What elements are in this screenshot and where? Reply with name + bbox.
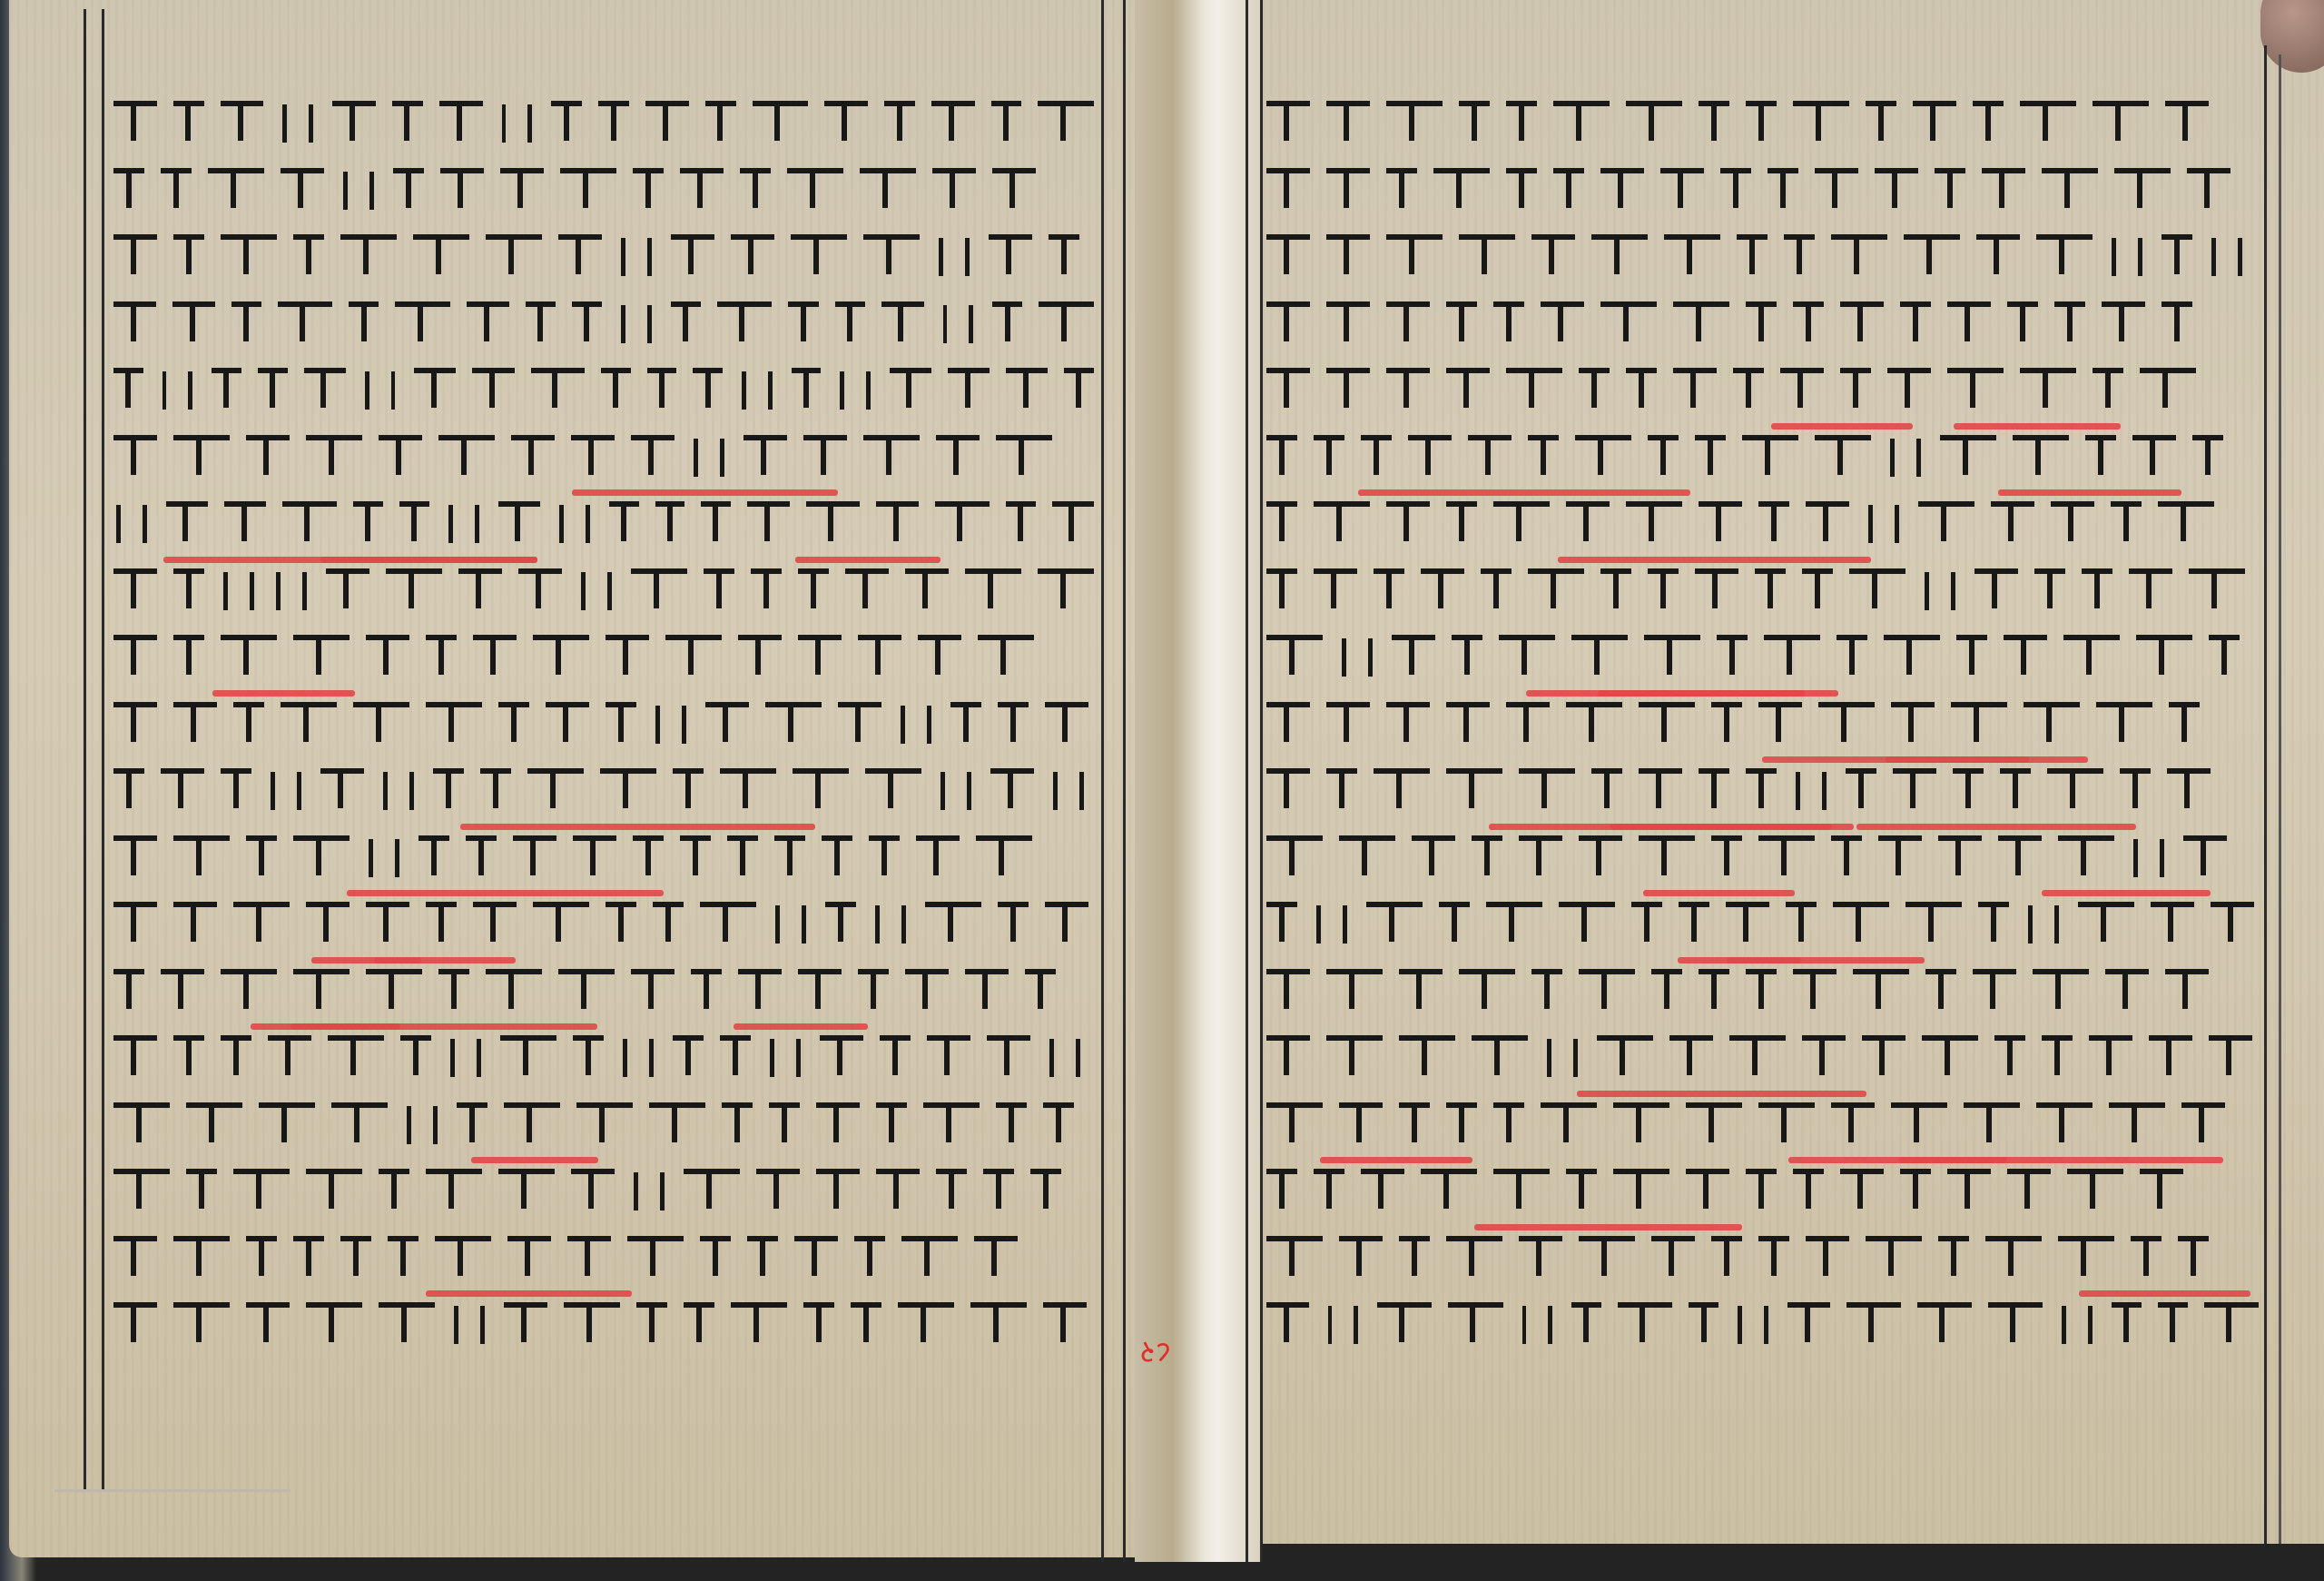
script-glyph xyxy=(1787,1302,1830,1348)
script-glyph xyxy=(486,234,542,280)
script-glyph xyxy=(845,568,889,614)
script-glyph xyxy=(631,435,675,480)
danda-mark xyxy=(621,305,625,343)
script-glyph xyxy=(1266,234,1310,280)
danda-mark xyxy=(1951,572,1955,610)
script-glyph xyxy=(1392,635,1435,680)
script-glyph xyxy=(231,301,261,347)
script-glyph xyxy=(717,301,772,347)
script-glyph xyxy=(457,1102,487,1148)
script-line xyxy=(1266,367,2259,414)
script-glyph xyxy=(1644,635,1700,680)
script-glyph xyxy=(513,835,556,881)
script-glyph xyxy=(747,1236,778,1281)
script-glyph xyxy=(1862,1035,1905,1081)
danda-mark xyxy=(391,371,396,410)
script-glyph xyxy=(824,101,868,146)
script-glyph xyxy=(1266,969,1310,1014)
danda-mark xyxy=(395,839,399,877)
rubric-underline xyxy=(163,557,537,563)
script-glyph xyxy=(1618,1302,1672,1348)
script-glyph xyxy=(224,501,266,547)
script-glyph xyxy=(884,101,915,146)
script-glyph xyxy=(2034,568,2065,614)
script-glyph xyxy=(1711,702,1742,747)
script-glyph xyxy=(173,568,204,614)
script-glyph xyxy=(1519,1236,1562,1281)
script-glyph xyxy=(1575,435,1631,480)
script-glyph xyxy=(1412,835,1455,881)
script-glyph xyxy=(965,969,1009,1014)
script-line xyxy=(1266,767,2259,815)
script-glyph xyxy=(1052,501,1094,547)
script-glyph xyxy=(526,301,556,347)
script-glyph xyxy=(1737,234,1768,280)
script-glyph xyxy=(1006,501,1036,547)
script-glyph xyxy=(1651,1236,1695,1281)
script-glyph xyxy=(304,368,346,413)
script-glyph xyxy=(1711,835,1742,881)
script-glyph xyxy=(113,635,157,680)
script-line xyxy=(113,835,1094,882)
script-glyph xyxy=(1849,568,1905,614)
script-glyph xyxy=(1974,568,2018,614)
danda-mark xyxy=(1343,905,1347,944)
script-glyph xyxy=(1314,435,1344,480)
script-glyph xyxy=(1468,435,1512,480)
script-glyph xyxy=(1043,1302,1087,1348)
script-glyph xyxy=(647,368,677,413)
script-glyph xyxy=(1571,635,1628,680)
rubric-underline xyxy=(734,1023,869,1030)
danda-mark xyxy=(407,1106,411,1144)
script-line xyxy=(1266,701,2259,748)
script-glyph xyxy=(1837,635,1867,680)
script-glyph xyxy=(787,168,843,213)
script-glyph xyxy=(671,301,701,347)
script-glyph xyxy=(2211,902,2254,947)
danda-mark xyxy=(188,371,192,410)
rubric-underline xyxy=(1856,824,2135,830)
script-line xyxy=(1266,1168,2259,1215)
danda-mark xyxy=(1764,1306,1768,1344)
script-glyph xyxy=(1579,969,1635,1014)
danda-mark xyxy=(343,172,348,210)
script-glyph xyxy=(473,902,517,947)
script-glyph xyxy=(173,635,204,680)
script-glyph xyxy=(2047,768,2103,814)
danda-mark xyxy=(559,505,564,543)
script-glyph xyxy=(2129,568,2172,614)
script-glyph xyxy=(393,168,424,213)
script-glyph xyxy=(113,168,144,213)
script-glyph xyxy=(2036,234,2093,280)
script-glyph xyxy=(1964,1102,2020,1148)
danda-mark xyxy=(901,905,906,944)
script-glyph xyxy=(1528,568,1584,614)
danda-mark xyxy=(634,1172,638,1210)
script-glyph xyxy=(2063,635,2120,680)
script-glyph xyxy=(533,902,589,947)
script-glyph xyxy=(278,301,332,347)
script-line xyxy=(113,233,1094,281)
script-glyph xyxy=(1711,1236,1742,1281)
left-page-inner-rule xyxy=(1123,0,1126,1562)
script-glyph xyxy=(435,1236,491,1281)
script-glyph xyxy=(970,1302,1027,1348)
script-glyph xyxy=(2165,101,2209,146)
script-glyph xyxy=(166,501,208,547)
danda-mark xyxy=(1738,1306,1742,1344)
script-glyph xyxy=(2058,1236,2114,1281)
script-glyph xyxy=(1639,702,1695,747)
script-glyph xyxy=(221,101,264,146)
script-glyph xyxy=(1925,969,1956,1014)
script-glyph xyxy=(822,835,852,881)
script-glyph xyxy=(113,234,157,280)
script-glyph xyxy=(1531,969,1562,1014)
script-glyph xyxy=(1746,101,1777,146)
script-glyph xyxy=(2149,1035,2192,1081)
script-glyph xyxy=(1917,1302,1972,1348)
script-glyph xyxy=(722,1102,753,1148)
script-glyph xyxy=(573,1035,604,1081)
danda-mark xyxy=(607,572,612,610)
script-line xyxy=(113,701,1094,748)
script-line xyxy=(113,1102,1094,1149)
script-glyph xyxy=(500,168,544,213)
script-glyph xyxy=(720,1035,751,1081)
rubric-underline xyxy=(1489,824,1855,830)
script-glyph xyxy=(366,635,409,680)
danda-mark xyxy=(1342,638,1346,677)
script-glyph xyxy=(916,835,960,881)
danda-mark xyxy=(1548,1306,1552,1344)
script-line xyxy=(113,634,1094,681)
script-glyph xyxy=(173,101,204,146)
script-glyph xyxy=(395,301,449,347)
script-glyph xyxy=(1742,435,1798,480)
script-glyph xyxy=(2111,501,2142,547)
script-glyph xyxy=(1446,501,1477,547)
script-glyph xyxy=(2140,368,2196,413)
script-glyph xyxy=(2165,969,2209,1014)
script-glyph xyxy=(1784,234,1815,280)
danda-mark xyxy=(901,706,905,744)
rubric-underline xyxy=(1577,1091,1867,1097)
script-glyph xyxy=(2093,368,2123,413)
script-glyph xyxy=(1891,1102,1947,1148)
script-glyph xyxy=(1553,101,1610,146)
script-glyph xyxy=(2033,969,2089,1014)
script-glyph xyxy=(113,301,156,347)
danda-mark xyxy=(2133,839,2138,877)
script-line xyxy=(113,767,1094,815)
script-glyph xyxy=(531,368,586,413)
script-glyph xyxy=(1815,435,1871,480)
left-margin-rule xyxy=(84,9,86,1489)
danda-mark xyxy=(143,505,147,543)
script-glyph xyxy=(598,101,629,146)
script-glyph xyxy=(2181,1102,2225,1148)
script-glyph xyxy=(1973,101,2004,146)
script-glyph xyxy=(990,768,1034,814)
danda-mark xyxy=(480,1306,485,1344)
script-glyph xyxy=(751,568,782,614)
script-glyph xyxy=(992,301,1022,347)
danda-mark xyxy=(302,572,307,610)
danda-mark xyxy=(682,706,686,744)
script-glyph xyxy=(1326,301,1370,347)
script-glyph xyxy=(173,1035,204,1081)
script-glyph xyxy=(438,435,495,480)
script-glyph xyxy=(901,1236,958,1281)
script-glyph xyxy=(1386,234,1443,280)
script-glyph xyxy=(978,635,1034,680)
script-glyph xyxy=(1439,902,1470,947)
script-glyph xyxy=(1758,1236,1789,1281)
script-glyph xyxy=(1459,234,1515,280)
script-glyph xyxy=(1361,1169,1404,1214)
script-line xyxy=(1266,100,2259,147)
script-glyph xyxy=(1717,635,1748,680)
script-glyph xyxy=(1613,1102,1669,1148)
script-glyph xyxy=(798,568,829,614)
script-glyph xyxy=(1459,101,1490,146)
script-glyph xyxy=(1631,902,1662,947)
script-glyph xyxy=(1699,768,1729,814)
danda-mark xyxy=(409,772,414,810)
danda-mark xyxy=(1796,772,1800,810)
script-glyph xyxy=(1802,1035,1846,1081)
script-glyph xyxy=(1597,1035,1653,1081)
danda-mark xyxy=(2138,238,2142,276)
script-glyph xyxy=(890,368,931,413)
script-glyph xyxy=(932,168,976,213)
script-glyph xyxy=(1806,1236,1849,1281)
script-glyph xyxy=(379,435,422,480)
script-glyph xyxy=(233,902,290,947)
script-glyph xyxy=(1840,1169,1884,1214)
script-glyph xyxy=(1399,969,1443,1014)
script-glyph xyxy=(259,1102,315,1148)
script-glyph xyxy=(498,501,540,547)
script-glyph xyxy=(1374,568,1404,614)
script-glyph xyxy=(466,835,497,881)
rubric-underline xyxy=(1771,423,1913,430)
script-glyph xyxy=(281,702,337,747)
script-glyph xyxy=(1780,368,1824,413)
script-line xyxy=(1266,233,2259,281)
script-glyph xyxy=(1887,368,1931,413)
script-glyph xyxy=(1472,835,1502,881)
script-glyph xyxy=(1976,234,2020,280)
script-glyph xyxy=(1802,568,1833,614)
danda-mark xyxy=(2054,905,2059,944)
script-glyph xyxy=(1746,969,1777,1014)
script-glyph xyxy=(948,368,990,413)
script-glyph xyxy=(1893,768,1936,814)
script-glyph xyxy=(1600,168,1644,213)
script-glyph xyxy=(1758,835,1815,881)
script-glyph xyxy=(1566,702,1622,747)
script-glyph xyxy=(1686,1102,1742,1148)
script-glyph xyxy=(467,301,509,347)
danda-mark xyxy=(369,839,373,877)
danda-mark xyxy=(927,706,931,744)
script-glyph xyxy=(1266,435,1297,480)
script-glyph xyxy=(246,1236,277,1281)
script-glyph xyxy=(691,969,722,1014)
script-glyph xyxy=(511,435,555,480)
rubric-underline xyxy=(2042,890,2211,896)
script-line xyxy=(113,301,1094,348)
script-glyph xyxy=(1043,1102,1074,1148)
script-glyph xyxy=(835,301,865,347)
script-glyph xyxy=(788,301,818,347)
script-glyph xyxy=(1266,1102,1323,1148)
script-glyph xyxy=(825,902,856,947)
script-glyph xyxy=(426,635,457,680)
script-glyph xyxy=(936,435,980,480)
script-glyph xyxy=(551,101,582,146)
script-glyph xyxy=(1626,501,1682,547)
script-glyph xyxy=(791,234,847,280)
script-glyph xyxy=(1266,768,1310,814)
script-glyph xyxy=(1831,234,1887,280)
danda-mark xyxy=(297,772,301,810)
script-glyph xyxy=(2109,1102,2165,1148)
script-glyph xyxy=(1531,234,1575,280)
script-glyph xyxy=(655,501,685,547)
script-glyph xyxy=(1446,1236,1502,1281)
danda-mark xyxy=(647,305,652,343)
script-glyph xyxy=(113,568,157,614)
script-glyph xyxy=(1326,368,1370,413)
script-glyph xyxy=(898,1302,954,1348)
script-glyph xyxy=(1399,1102,1430,1148)
script-glyph xyxy=(1025,969,1056,1014)
script-glyph xyxy=(927,1035,970,1081)
rubric-underline xyxy=(1998,489,2181,496)
script-glyph xyxy=(974,1236,1018,1281)
script-glyph xyxy=(881,301,924,347)
script-line xyxy=(113,367,1094,414)
script-glyph xyxy=(747,501,789,547)
script-glyph xyxy=(803,435,847,480)
script-glyph xyxy=(851,1302,881,1348)
script-glyph xyxy=(2013,435,2069,480)
script-glyph xyxy=(905,568,949,614)
script-glyph xyxy=(1493,301,1524,347)
script-glyph xyxy=(1913,101,1956,146)
script-glyph xyxy=(500,1035,556,1081)
script-glyph xyxy=(1541,1102,1597,1148)
script-glyph xyxy=(1679,902,1709,947)
script-glyph xyxy=(161,969,204,1014)
danda-mark xyxy=(1573,1039,1578,1077)
script-glyph xyxy=(1626,101,1682,146)
script-glyph xyxy=(1648,568,1679,614)
script-glyph xyxy=(2178,1236,2209,1281)
danda-mark xyxy=(770,1039,774,1077)
danda-mark xyxy=(276,572,281,610)
script-glyph xyxy=(1853,969,1909,1014)
script-glyph xyxy=(950,702,981,747)
script-glyph xyxy=(1755,568,1786,614)
script-glyph xyxy=(306,435,362,480)
script-glyph xyxy=(379,1169,409,1214)
script-glyph xyxy=(268,1035,311,1081)
script-glyph xyxy=(1459,969,1515,1014)
script-glyph xyxy=(838,702,881,747)
danda-mark xyxy=(742,371,746,410)
script-glyph xyxy=(433,768,464,814)
script-glyph xyxy=(113,435,157,480)
script-glyph xyxy=(392,101,423,146)
script-glyph xyxy=(740,168,771,213)
script-glyph xyxy=(863,435,920,480)
script-glyph xyxy=(1266,568,1297,614)
rubric-underline xyxy=(251,1023,597,1030)
script-glyph xyxy=(328,1035,384,1081)
script-glyph xyxy=(173,1302,230,1348)
rubric-underline xyxy=(795,557,940,563)
script-glyph xyxy=(2082,568,2112,614)
script-glyph xyxy=(2089,1035,2132,1081)
script-glyph xyxy=(1446,768,1502,814)
script-glyph xyxy=(1064,368,1094,413)
script-line xyxy=(113,434,1094,481)
script-glyph xyxy=(2020,368,2076,413)
script-glyph xyxy=(1806,501,1849,547)
danda-mark xyxy=(1925,572,1929,610)
script-glyph xyxy=(1669,1035,1713,1081)
danda-mark xyxy=(866,371,871,410)
danda-mark xyxy=(477,1039,481,1077)
script-glyph xyxy=(504,1302,547,1348)
script-glyph xyxy=(769,1102,800,1148)
script-glyph xyxy=(1793,969,1837,1014)
script-glyph xyxy=(293,234,324,280)
script-line xyxy=(1266,568,2259,615)
danda-mark xyxy=(1547,1039,1551,1077)
script-glyph xyxy=(572,301,602,347)
script-glyph xyxy=(1266,1035,1310,1081)
rubric-underline xyxy=(311,957,421,963)
danda-mark xyxy=(1822,772,1827,810)
script-glyph xyxy=(414,368,456,413)
script-glyph xyxy=(1541,301,1584,347)
script-line xyxy=(113,167,1094,214)
script-glyph xyxy=(743,435,787,480)
script-glyph xyxy=(233,702,264,747)
script-glyph xyxy=(1326,101,1370,146)
script-glyph xyxy=(774,835,805,881)
script-glyph xyxy=(918,635,961,680)
script-glyph xyxy=(2105,969,2149,1014)
script-glyph xyxy=(1579,1236,1635,1281)
script-glyph xyxy=(798,635,842,680)
script-glyph xyxy=(631,568,687,614)
script-glyph xyxy=(332,101,376,146)
script-glyph xyxy=(792,368,822,413)
script-glyph xyxy=(419,835,449,881)
script-glyph xyxy=(1519,768,1575,814)
danda-mark xyxy=(1316,905,1321,944)
danda-mark xyxy=(649,1039,654,1077)
script-glyph xyxy=(2007,301,2038,347)
